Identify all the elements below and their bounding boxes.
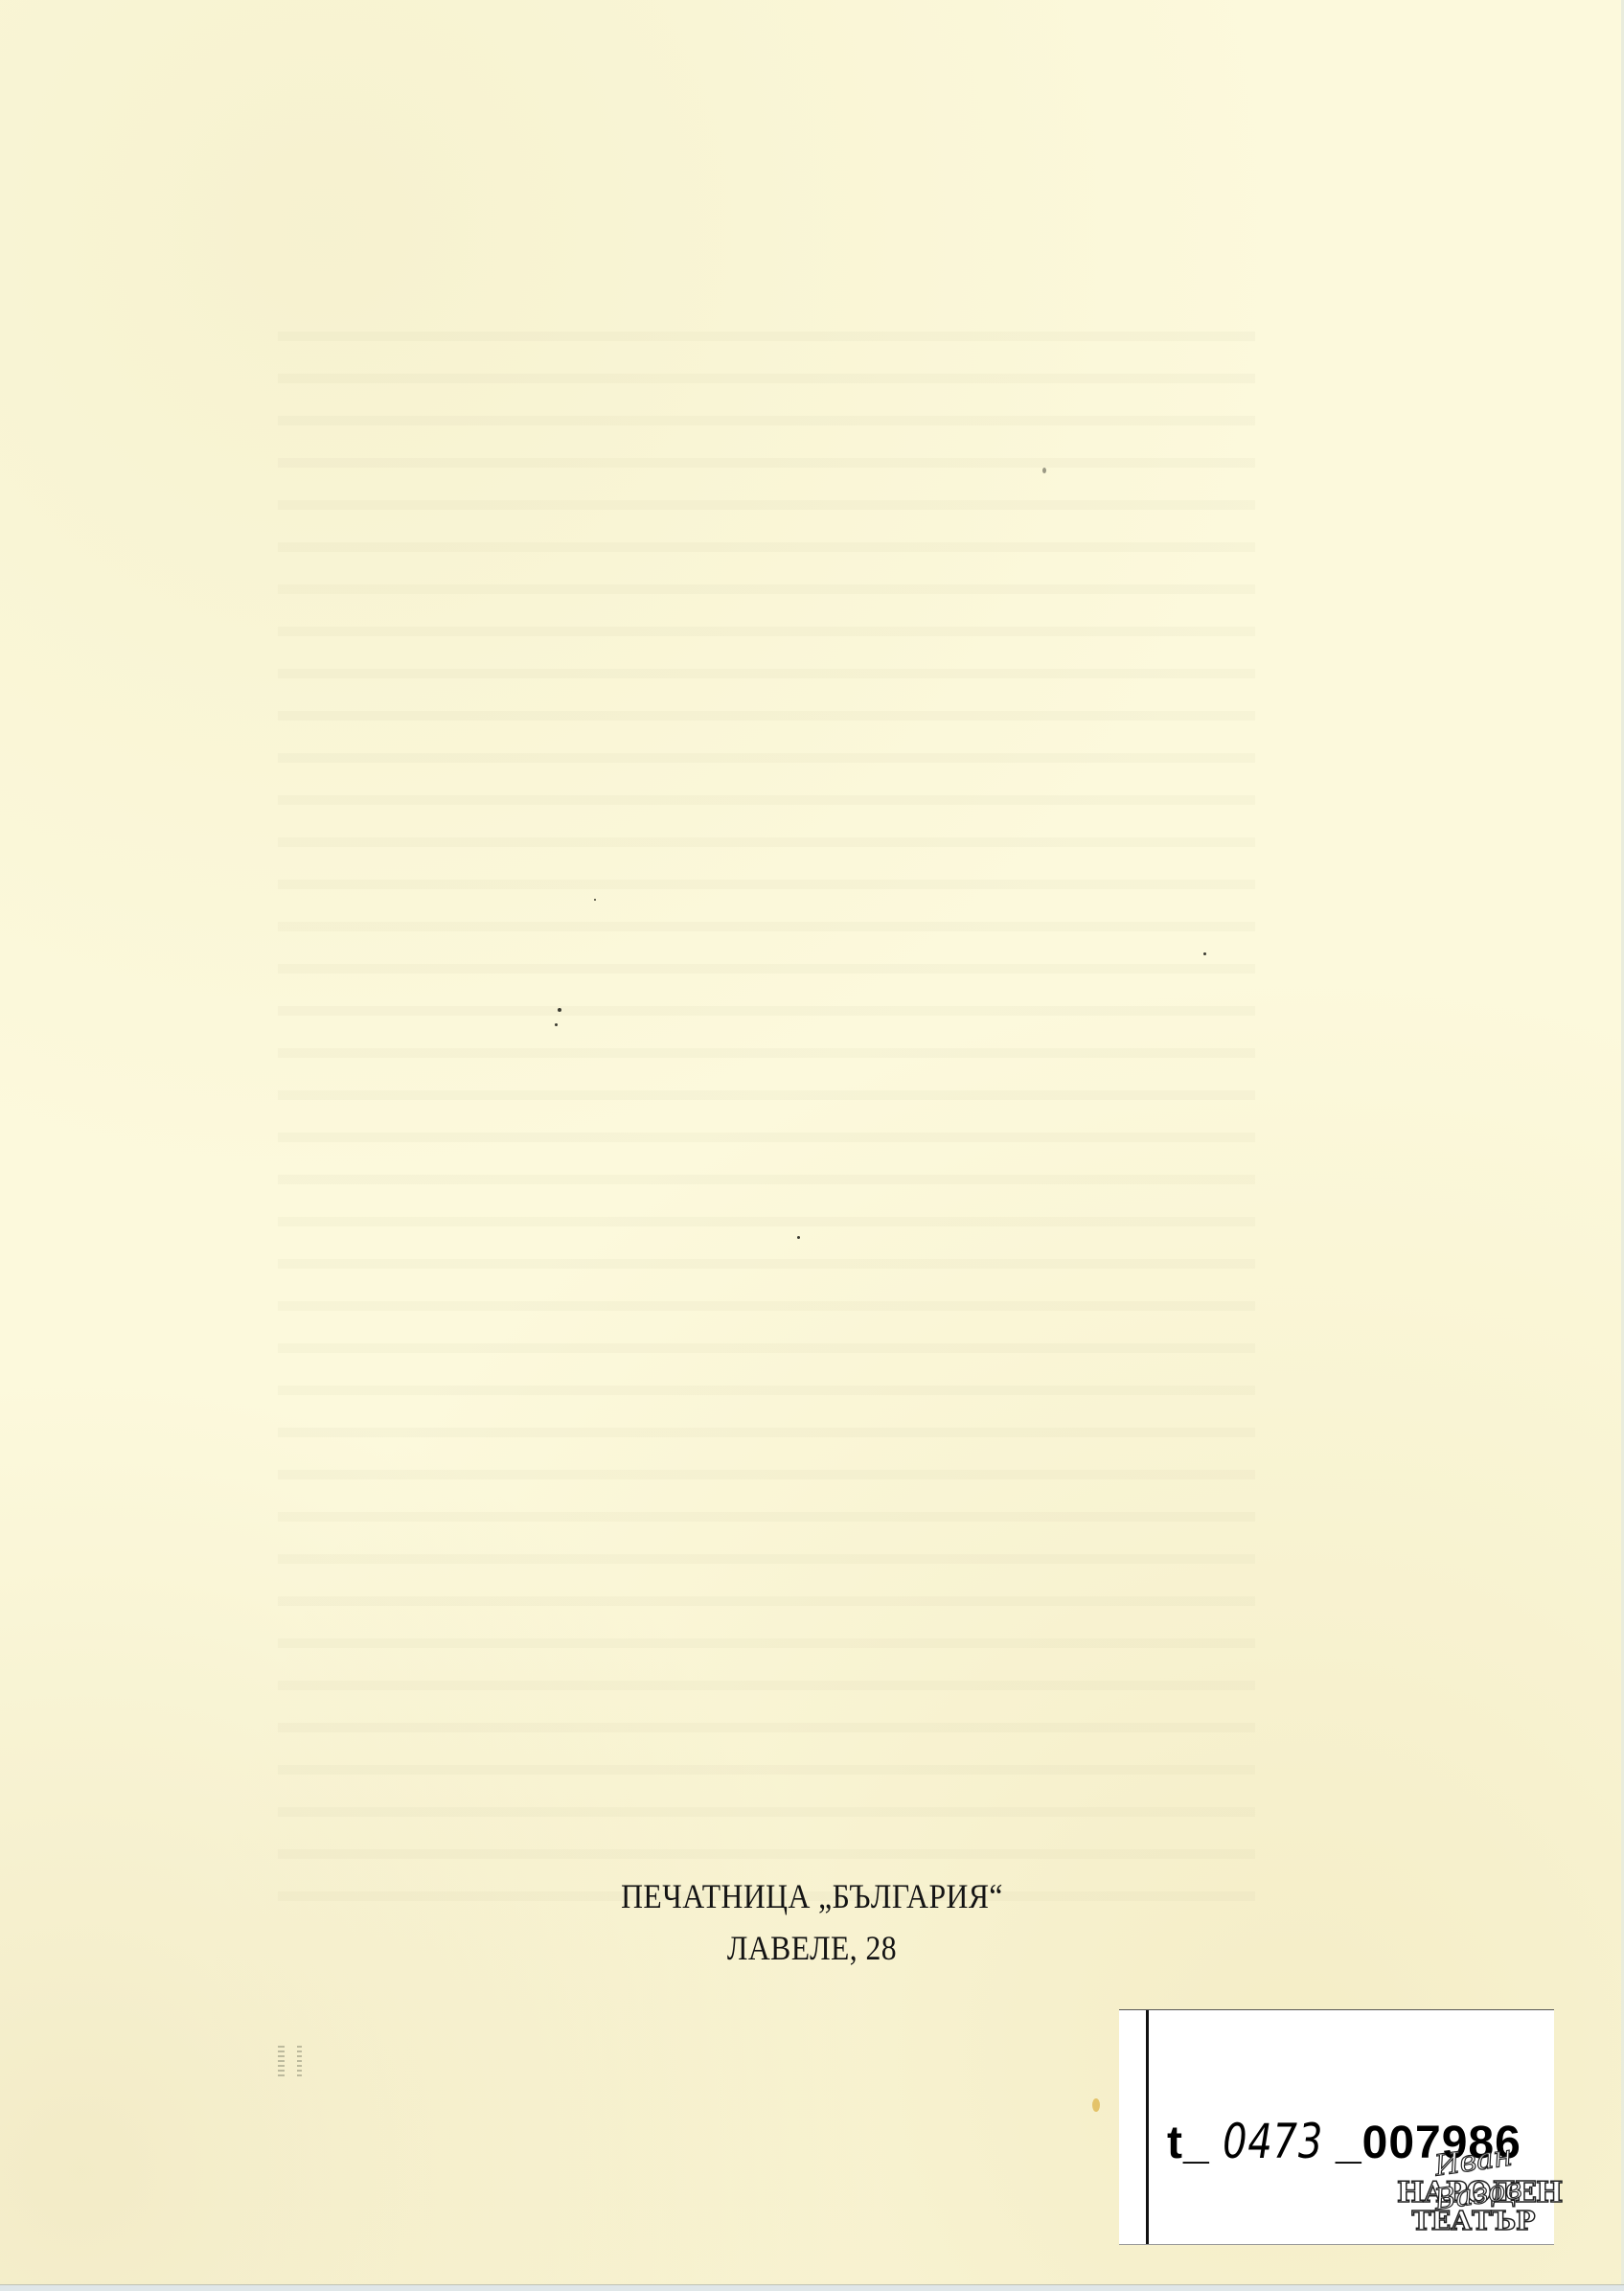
paper-speck (797, 1236, 800, 1239)
document-page: ПЕЧАТНИЦА „БЪЛГАРИЯ“ ЛАВЕЛЕ, 28 t_0473_0… (0, 0, 1621, 2284)
paper-speck (1203, 952, 1206, 955)
logo-line2: ТЕАТЪР (1397, 2209, 1550, 2234)
margin-mark (278, 2046, 307, 2078)
paper-stain (1092, 2098, 1100, 2112)
archive-id-prefix: t_ (1167, 2118, 1210, 2168)
reverse-side-text-showthrough (278, 307, 1255, 1916)
paper-speck (1042, 468, 1046, 473)
scan-edge-bottom (0, 2284, 1624, 2291)
label-rule (1146, 2010, 1149, 2244)
archive-label: t_0473_007986 Иван Вазов НАРОДЕН ТЕАТЪР (1119, 2009, 1554, 2245)
printer-name: ПЕЧАТНИЦА „БЪЛГАРИЯ“ (98, 1876, 1527, 1916)
archive-id-separator: _ (1336, 2118, 1362, 2168)
printer-address: ЛАВЕЛЕ, 28 (98, 1928, 1527, 1968)
archive-id-handwritten: 0473 (1223, 2114, 1323, 2169)
paper-speck (594, 899, 596, 901)
national-theatre-logo: Иван Вазов НАРОДЕН ТЕАТЪР (1397, 2144, 1550, 2234)
paper-speck (555, 1023, 558, 1026)
paper-speck (558, 1008, 561, 1012)
